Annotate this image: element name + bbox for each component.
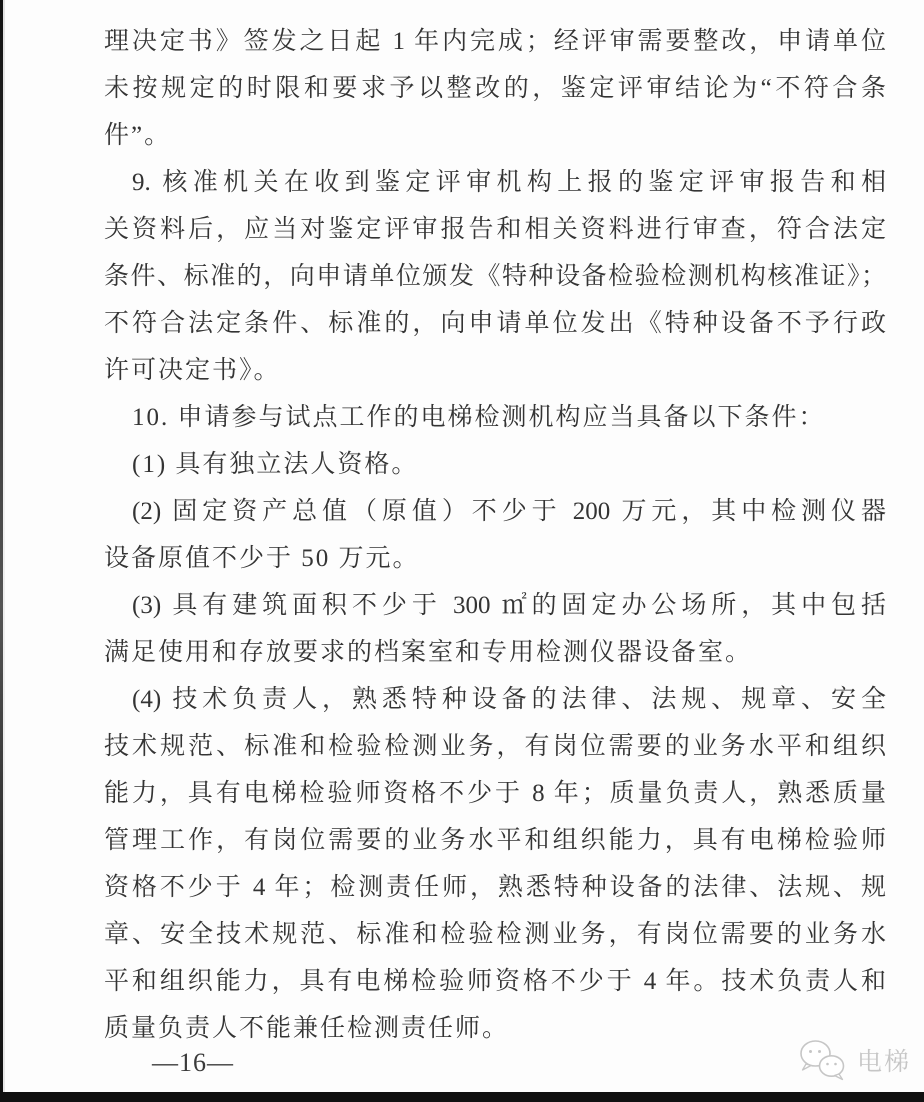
text-line: 设备原值不少于 50 万元。 xyxy=(104,535,886,582)
text-line: 10. 申请参与试点工作的电梯检测机构应当具备以下条件： xyxy=(104,394,886,441)
text-line: (3) 具有建筑面积不少于 300 ㎡的固定办公场所，其中包括 xyxy=(104,582,886,629)
text-line: (2) 固定资产总值（原值）不少于 200 万元，其中检测仪器 xyxy=(104,488,886,535)
scan-edge-bottom xyxy=(0,1092,924,1102)
text-line: 条件、标准的，向申请单位颁发《特种设备检验检测机构核准证》； xyxy=(104,253,886,300)
text-line: 管理工作，有岗位需要的业务水平和组织能力，具有电梯检验师 xyxy=(104,817,886,864)
text-line: 能力，具有电梯检验师资格不少于 8 年；质量负责人，熟悉质量 xyxy=(104,770,886,817)
text-line: (4) 技术负责人，熟悉特种设备的法律、法规、规章、安全 xyxy=(104,676,886,723)
text-line: 章、安全技术规范、标准和检验检测业务，有岗位需要的业务水 xyxy=(104,911,886,958)
text-line: 未按规定的时限和要求予以整改的，鉴定评审结论为“不符合条 xyxy=(104,65,886,112)
text-line: 质量负责人不能兼任检测责任师。 xyxy=(104,1005,886,1052)
document-body: 理决定书》签发之日起 1 年内完成；经评审需要整改，申请单位未按规定的时限和要求… xyxy=(104,18,886,1052)
text-line: (1) 具有独立法人资格。 xyxy=(104,441,886,488)
text-line: 件”。 xyxy=(104,112,886,159)
text-line: 满足使用和存放要求的档案室和专用检测仪器设备室。 xyxy=(104,629,886,676)
watermark: 电梯 xyxy=(796,1038,911,1082)
text-line: 9. 核准机关在收到鉴定评审机构上报的鉴定评审报告和相 xyxy=(104,159,886,206)
scan-edge-left-shadow xyxy=(3,0,5,1102)
text-line: 技术规范、标准和检验检测业务，有岗位需要的业务水平和组织 xyxy=(104,723,886,770)
wechat-icon xyxy=(796,1038,850,1082)
text-line: 平和组织能力，具有电梯检验师资格不少于 4 年。技术负责人和 xyxy=(104,958,886,1005)
text-line: 许可决定书》。 xyxy=(104,347,886,394)
text-line: 不符合法定条件、标准的，向申请单位发出《特种设备不予行政 xyxy=(104,300,886,347)
text-line: 关资料后，应当对鉴定评审报告和相关资料进行审查，符合法定 xyxy=(104,206,886,253)
page-number: —16— xyxy=(152,1048,234,1078)
document-page: 理决定书》签发之日起 1 年内完成；经评审需要整改，申请单位未按规定的时限和要求… xyxy=(0,0,924,1102)
watermark-label: 电梯 xyxy=(857,1042,911,1078)
text-line: 资格不少于 4 年；检测责任师，熟悉特种设备的法律、法规、规 xyxy=(104,864,886,911)
text-line: 理决定书》签发之日起 1 年内完成；经评审需要整改，申请单位 xyxy=(104,18,886,65)
